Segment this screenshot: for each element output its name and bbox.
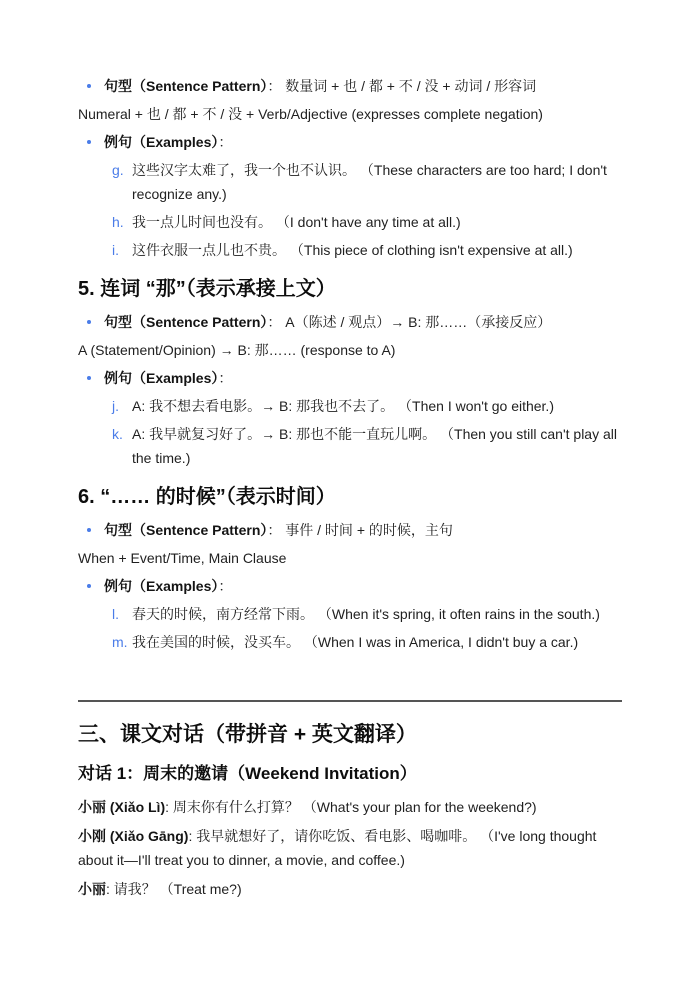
example-text: 春天的时候，南方经常下雨。 （When it's spring, it ofte… — [132, 602, 622, 626]
examples-line: 例句（Examples）： — [104, 366, 622, 390]
bullet-dot-icon — [87, 320, 91, 324]
english-gloss-line: When + Event/Time, Main Clause — [78, 546, 622, 570]
part3-heading: 三、课文对话（带拼音 + 英文翻译） — [78, 720, 622, 750]
example-item: g. 这些汉字太难了，我一个也不认识。 （These characters ar… — [78, 158, 622, 206]
example-marker: k. — [112, 422, 132, 470]
examples-list: l. 春天的时候，南方经常下雨。 （When it's spring, it o… — [78, 602, 622, 654]
example-marker: j. — [112, 394, 132, 418]
examples-line: 例句（Examples）： — [104, 130, 622, 154]
bullet-dot-icon — [87, 84, 91, 88]
example-text: 这件衣服一点儿也不贵。 （This piece of clothing isn'… — [132, 238, 622, 262]
dialog-line: 小丽: 请我？ （Treat me?) — [78, 877, 622, 901]
dialog1-heading: 对话 1：周末的邀请（Weekend Invitation） — [78, 762, 622, 786]
example-item: k. A: 我早就复习好了。→ B: 那也不能一直玩儿啊。 （Then you … — [78, 422, 622, 470]
pattern-label: 句型（Sentence Pattern） — [104, 314, 267, 330]
section-heading-6: 6. “…… 的时候”（表示时间） — [78, 484, 622, 510]
pattern-value: ： 事件 / 时间 + 的时候，主句 — [267, 522, 453, 538]
example-text: A: 我不想去看电影。→ B: 那我也不去了。 （Then I won't go… — [132, 394, 622, 418]
pattern-label: 句型（Sentence Pattern） — [104, 78, 267, 94]
pattern-bullet-row: 句型（Sentence Pattern）： 事件 / 时间 + 的时候，主句 — [78, 518, 622, 542]
pattern-label: 句型（Sentence Pattern） — [104, 522, 267, 538]
pattern-line: 句型（Sentence Pattern）： 事件 / 时间 + 的时候，主句 — [104, 518, 622, 542]
example-item: h. 我一点儿时间也没有。 （I don't have any time at … — [78, 210, 622, 234]
section-divider — [78, 700, 622, 702]
example-marker: g. — [112, 158, 132, 206]
bullet-dot-icon — [87, 528, 91, 532]
examples-colon: ： — [218, 134, 232, 150]
english-gloss-line: Numeral + 也 / 都 + 不 / 没 + Verb/Adjective… — [78, 102, 622, 126]
section-heading-5: 5. 连词 “那”（表示承接上文） — [78, 276, 622, 302]
bullet-dot-icon — [87, 584, 91, 588]
dialog-text: : 请我？ （Treat me?) — [106, 881, 242, 897]
example-marker: h. — [112, 210, 132, 234]
examples-list: g. 这些汉字太难了，我一个也不认识。 （These characters ar… — [78, 158, 622, 262]
examples-bullet-row: 例句（Examples）： — [78, 574, 622, 598]
bullet-dot-icon — [87, 140, 91, 144]
english-gloss-line: A (Statement/Opinion) → B: 那…… (response… — [78, 338, 622, 362]
examples-line: 例句（Examples）： — [104, 574, 622, 598]
pattern-line: 句型（Sentence Pattern）： A（陈述 / 观点）→ B: 那……… — [104, 310, 622, 334]
example-marker: i. — [112, 238, 132, 262]
speaker-name: 小刚 (Xiǎo Gāng) — [78, 828, 188, 844]
pattern-value: ： 数量词 + 也 / 都 + 不 / 没 + 动词 / 形容词 — [267, 78, 536, 94]
example-item: i. 这件衣服一点儿也不贵。 （This piece of clothing i… — [78, 238, 622, 262]
pattern-value: ： A（陈述 / 观点）→ B: 那……（承接反应） — [267, 314, 551, 330]
dialog-line: 小刚 (Xiǎo Gāng): 我早就想好了，请你吃饭、看电影、喝咖啡。 （I'… — [78, 824, 622, 872]
example-text: A: 我早就复习好了。→ B: 那也不能一直玩儿啊。 （Then you sti… — [132, 422, 622, 470]
examples-list: j. A: 我不想去看电影。→ B: 那我也不去了。 （Then I won't… — [78, 394, 622, 470]
example-item: l. 春天的时候，南方经常下雨。 （When it's spring, it o… — [78, 602, 622, 626]
examples-bullet-row: 例句（Examples）： — [78, 130, 622, 154]
document-page: 句型（Sentence Pattern）： 数量词 + 也 / 都 + 不 / … — [0, 0, 700, 990]
example-item: m. 我在美国的时候，没买车。 （When I was in America, … — [78, 630, 622, 654]
example-text: 我在美国的时候，没买车。 （When I was in America, I d… — [132, 630, 622, 654]
dialog-line: 小丽 (Xiǎo Lì): 周末你有什么打算？ （What's your pla… — [78, 795, 622, 819]
examples-colon: ： — [218, 370, 232, 386]
pattern-bullet-row: 句型（Sentence Pattern）： A（陈述 / 观点）→ B: 那……… — [78, 310, 622, 334]
example-item: j. A: 我不想去看电影。→ B: 那我也不去了。 （Then I won't… — [78, 394, 622, 418]
example-text: 我一点儿时间也没有。 （I don't have any time at all… — [132, 210, 622, 234]
example-marker: l. — [112, 602, 132, 626]
speaker-name: 小丽 (Xiǎo Lì) — [78, 799, 165, 815]
examples-bullet-row: 例句（Examples）： — [78, 366, 622, 390]
examples-label: 例句（Examples） — [104, 578, 218, 594]
dialog-text: : 周末你有什么打算？ （What's your plan for the we… — [165, 799, 536, 815]
examples-colon: ： — [218, 578, 232, 594]
bullet-dot-icon — [87, 376, 91, 380]
example-marker: m. — [112, 630, 132, 654]
pattern-line: 句型（Sentence Pattern）： 数量词 + 也 / 都 + 不 / … — [104, 74, 622, 98]
pattern-bullet-row: 句型（Sentence Pattern）： 数量词 + 也 / 都 + 不 / … — [78, 74, 622, 98]
examples-label: 例句（Examples） — [104, 370, 218, 386]
example-text: 这些汉字太难了，我一个也不认识。 （These characters are t… — [132, 158, 622, 206]
speaker-name: 小丽 — [78, 881, 106, 897]
examples-label: 例句（Examples） — [104, 134, 218, 150]
